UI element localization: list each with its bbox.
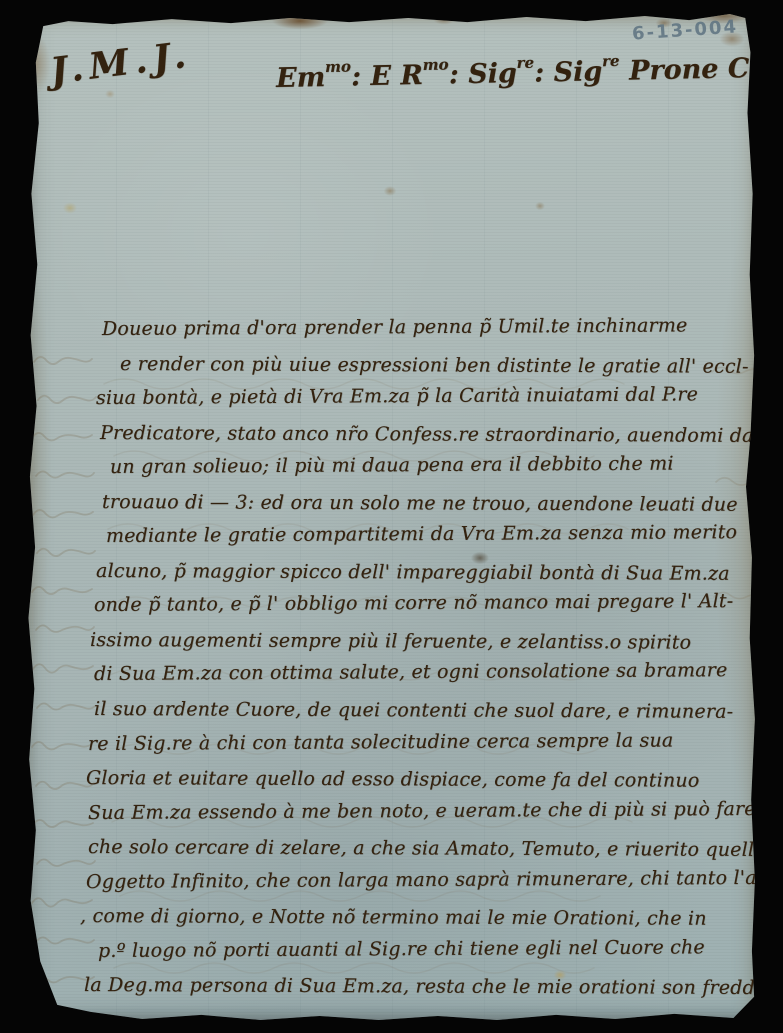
manuscript-line: onde p̃ tanto, e p̃ l' obbligo mi corre … <box>94 590 756 629</box>
salutation-part: : Sig <box>448 58 517 90</box>
salutation-superscript: mo <box>422 55 448 74</box>
manuscript-line: di Sua Em.za con ottima salute, et ogni … <box>94 659 756 698</box>
salutation-superscript: mo <box>325 57 351 76</box>
manuscript-line: Doueuo prima d'ora prender la penna p̃ U… <box>102 314 756 353</box>
manuscript-line: Oggetto Infinito, che con larga mano sap… <box>86 867 756 906</box>
salutation-part: Em <box>276 62 326 94</box>
manuscript-page: J.M.J. 6-13-004 Emmo: E Rmo: Sigre: Sigr… <box>24 12 763 1022</box>
manuscript-line: un gran solieuo; il più mi daua pena era… <box>110 452 756 490</box>
salutation-superscript: re <box>516 54 534 72</box>
manuscript-line: mediante le gratie compartitemi da Vra E… <box>106 521 756 560</box>
manuscript-line: la Deg.ma persona di Sua Em.za, resta ch… <box>84 974 756 1011</box>
manuscript-line: p.º luogo nõ porti auanti al Sig.re chi … <box>98 936 756 975</box>
salutation-part: : Sig <box>534 56 603 88</box>
scan-background: J.M.J. 6-13-004 Emmo: E Rmo: Sigre: Sigr… <box>0 0 783 1033</box>
letter-body: Doueuo prima d'ora prender la penna p̃ U… <box>58 318 756 1009</box>
salutation-superscript: re <box>602 52 620 70</box>
salutation-part: Prone Colen <box>619 52 783 87</box>
manuscript-line: re il Sig.re à chi con tanta solecitudin… <box>88 728 756 767</box>
manuscript-line: siua bontà, e pietà di Vra Em.za p̃ la C… <box>96 383 756 422</box>
salutation-part: : E R <box>351 60 423 92</box>
manuscript-line: Sua Em.za essendo à me ben noto, e ueram… <box>88 798 756 837</box>
